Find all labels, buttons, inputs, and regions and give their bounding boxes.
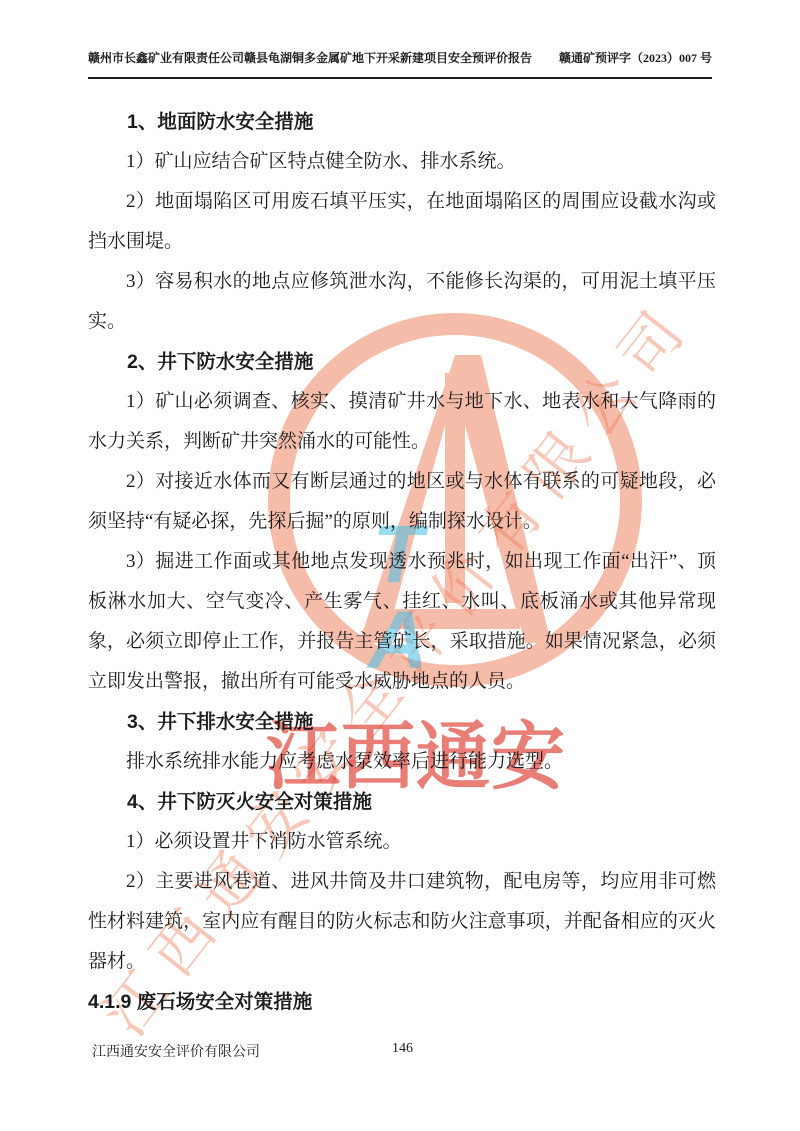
body-paragraph: 排水系统排水能力应考虑水泵效率后进行能力选型。 [88, 742, 716, 782]
page-header: 赣州市长鑫矿业有限责任公司赣县龟湖铜多金属矿地下开采新建项目安全预评价报告 赣通… [88, 50, 712, 79]
body-paragraph: 1）矿山必须调查、核实、摸清矿井水与地下水、地表水和大气降雨的水力关系，判断矿井… [88, 382, 716, 462]
document-page: 江西通安安全评价有限公司 T A 江西通安 赣州市长鑫矿业有限责任公司赣县龟湖铜… [0, 0, 800, 1131]
body-paragraph: 3）掘进工作面或其他地点发现透水预兆时，如出现工作面“出汗”、顶板淋水加大、空气… [88, 542, 716, 702]
body-paragraph: 1）矿山应结合矿区特点健全防水、排水系统。 [88, 142, 716, 182]
section-heading-underground-drainage: 3、井下排水安全措施 [88, 702, 716, 742]
body-paragraph: 2）对接近水体而又有断层通过的地区或与水体有联系的可疑地段，必须坚持“有疑必探，… [88, 462, 716, 542]
document-body: 1、地面防水安全措施 1）矿山应结合矿区特点健全防水、排水系统。 2）地面塌陷区… [88, 102, 716, 1022]
body-paragraph: 2）地面塌陷区可用废石填平压实，在地面塌陷区的周围应设截水沟或挡水围堤。 [88, 182, 716, 262]
section-heading-waste-rock-yard: 4.1.9 废石场安全对策措施 [88, 982, 716, 1022]
header-doc-number: 赣通矿预评字（2023）007 号 [559, 50, 712, 66]
footer-company-name: 江西通安安全评价有限公司 [92, 1044, 260, 1062]
section-heading-fire-prevention: 4、井下防灭火安全对策措施 [88, 782, 716, 822]
footer-page-number: 146 [392, 1040, 413, 1058]
section-heading-ground-waterproofing: 1、地面防水安全措施 [88, 102, 716, 142]
header-report-title: 赣州市长鑫矿业有限责任公司赣县龟湖铜多金属矿地下开采新建项目安全预评价报告 [88, 50, 532, 66]
body-paragraph: 3）容易积水的地点应修筑泄水沟，不能修长沟渠的，可用泥土填平压实。 [88, 262, 716, 342]
body-paragraph: 1）必须设置井下消防水管系统。 [88, 822, 716, 862]
section-heading-underground-waterproofing: 2、井下防水安全措施 [88, 342, 716, 382]
body-paragraph: 2）主要进风巷道、进风井筒及井口建筑物，配电房等，均应用非可燃性材料建筑，室内应… [88, 862, 716, 982]
